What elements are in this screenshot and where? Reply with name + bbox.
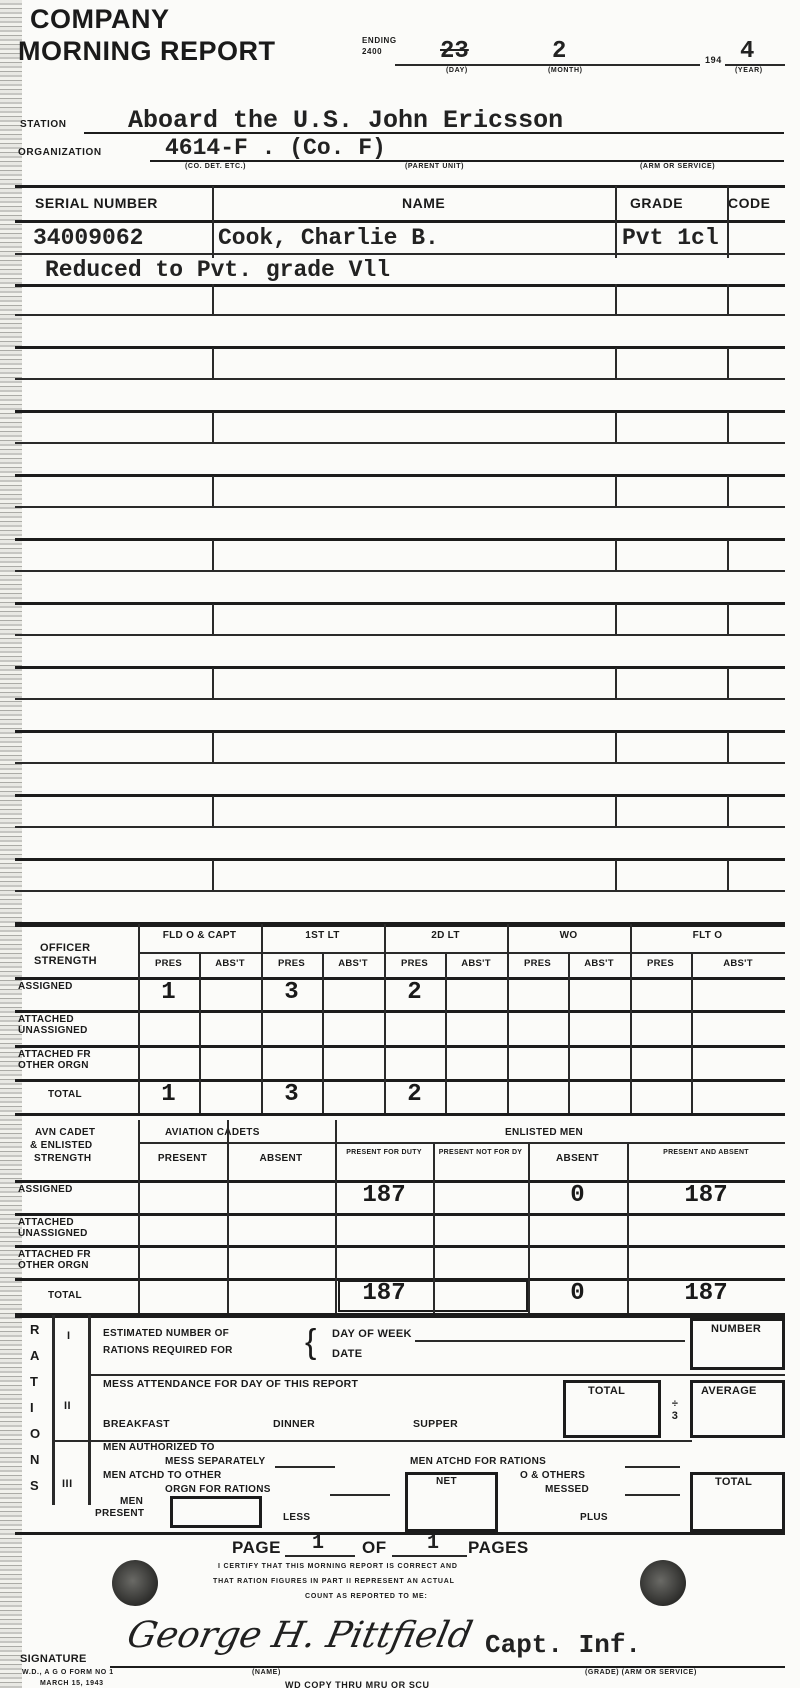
certify-line-3: COUNT AS REPORTED TO ME: [305,1593,428,1600]
rations-letter: N [30,1452,40,1467]
soldier-name[interactable]: Cook, Charlie B. [218,225,439,251]
enlisted-row-label: ATTACHED FR OTHER ORGN [18,1249,128,1271]
signer-grade-arm[interactable]: Capt. Inf. [485,1630,641,1660]
rations-letter: T [30,1374,38,1389]
officer-subcol-header: PRES [384,958,445,969]
officer-group-header: 1ST LT [261,930,384,941]
breakfast-label[interactable]: BREAKFAST [103,1418,170,1430]
day-of-week-label: DAY OF WEEK [332,1328,412,1340]
rations-letter: O [30,1426,41,1441]
average-box-label: AVERAGE [701,1385,757,1397]
enlisted-cell[interactable]: 187 [335,1182,433,1209]
officer-strength-label-2: STRENGTH [34,955,97,967]
officer-subcol-header: PRES [507,958,568,969]
part-iii-numeral: III [62,1478,73,1490]
enlisted-col-header: PRESENT NOT FOR DY [433,1148,528,1158]
rations-letter: A [30,1348,40,1363]
col-serial-number: SERIAL NUMBER [35,195,158,211]
number-box-label: NUMBER [711,1323,761,1335]
binder-hole-right [640,1560,686,1606]
rations-number-box[interactable]: NUMBER [690,1318,785,1370]
remark-line[interactable]: Reduced to Pvt. grade Vll [45,257,390,283]
certify-line-1: I CERTIFY THAT THIS MORNING REPORT IS CO… [218,1563,458,1570]
ending-time-label: 2400 [362,47,382,56]
caption-parent-unit: (PARENT UNIT) [405,163,464,170]
enlisted-label-2: & ENLISTED [30,1140,92,1151]
rations-letter: S [30,1478,39,1493]
officer-subcol-header: PRES [138,958,199,969]
caption-co: (CO. DET. ETC.) [185,163,246,170]
serial-number[interactable]: 34009062 [33,225,143,251]
men-present-label: MEN [120,1496,143,1507]
officer-subcol-header: ABS'T [199,958,261,969]
binder-hole-left [112,1560,158,1606]
col-name: NAME [402,195,445,211]
officer-row-label: ATTACHED UNASSIGNED [18,1014,128,1036]
men-present-box[interactable] [170,1496,262,1528]
year-caption: (YEAR) [735,67,763,74]
officer-cell[interactable]: 1 [138,979,199,1006]
officer-row-label: ASSIGNED [18,981,128,992]
date-label: DATE [332,1348,362,1360]
part-ii-numeral: II [64,1400,71,1412]
name-caption: (NAME) [252,1669,281,1676]
mess-separately-label: MESS SEPARATELY [165,1456,265,1467]
form-title-morning-report: MORNING REPORT [18,36,276,67]
rations-total-label: TOTAL [715,1476,752,1488]
day-caption: (DAY) [446,67,468,74]
total-box-label: TOTAL [588,1385,625,1397]
enlisted-col-header: PRESENT AND ABSENT [627,1148,785,1158]
aviation-cadets-header: AVIATION CADETS [165,1127,260,1138]
officer-group-header: FLT O [630,930,785,941]
officer-row-label: ATTACHED FR OTHER ORGN [18,1049,128,1071]
page-label: PAGE [232,1538,281,1558]
enlisted-label-3: STRENGTH [34,1153,91,1164]
grade-arm-caption: (GRADE) (ARM OR SERVICE) [585,1669,697,1676]
enlisted-men-header: ENLISTED MEN [505,1127,583,1138]
certify-line-2: THAT RATION FIGURES IN PART II REPRESENT… [213,1578,455,1585]
station-label: STATION [20,119,67,130]
enlisted-cell[interactable]: 187 [627,1280,785,1307]
enlisted-col-header: ABSENT [528,1154,627,1164]
brace-icon: { [305,1323,316,1362]
enlisted-row-label: TOTAL [48,1290,158,1301]
rations-total-box[interactable]: TOTAL [690,1472,785,1532]
enlisted-cell[interactable]: 0 [528,1182,627,1209]
station-value[interactable]: Aboard the U.S. John Ericsson [128,106,563,135]
officer-subcol-header: ABS'T [568,958,630,969]
enlisted-label-1: AVN CADET [35,1127,95,1138]
dinner-label[interactable]: DINNER [273,1418,315,1430]
enlisted-cell[interactable]: 187 [627,1182,785,1209]
caption-arm: (ARM OR SERVICE) [640,163,715,170]
enlisted-col-header: PRESENT FOR DUTY [335,1148,433,1158]
organization-value[interactable]: 4614-F . (Co. F) [165,135,386,161]
net-box[interactable]: NET [405,1472,498,1532]
enlisted-cell[interactable]: 0 [528,1280,627,1307]
officer-row-label: TOTAL [48,1089,82,1100]
form-title-company: COMPANY [30,4,170,35]
men-present-label-2: PRESENT [95,1508,144,1519]
form-number: W.D., A G O FORM NO 1 [22,1669,114,1676]
year-prefix: 194 [705,55,722,65]
officer-cell[interactable]: 3 [261,1081,322,1108]
rations-letter: R [30,1322,40,1337]
enlisted-row-label: ASSIGNED [18,1184,128,1195]
rations-required-label: RATIONS REQUIRED FOR [103,1345,233,1356]
officer-strength-label: OFFICER [40,942,90,954]
officer-cell[interactable]: 2 [384,979,445,1006]
messed-label: MESSED [545,1484,589,1495]
officer-subcol-header: ABS'T [691,958,785,969]
month-caption: (MONTH) [548,67,583,74]
soldier-grade[interactable]: Pvt 1cl [622,225,719,251]
officer-group-header: WO [507,930,630,941]
pages-total[interactable]: 1 [427,1532,439,1555]
ending-label: ENDING [362,36,397,45]
pages-label: PAGES [468,1538,529,1558]
rations-estimated-label: ESTIMATED NUMBER OF [103,1328,229,1339]
page-number[interactable]: 1 [312,1532,324,1555]
atchd-for-rations-label: MEN ATCHD FOR RATIONS [410,1456,546,1467]
plus-label: PLUS [580,1512,608,1523]
part-i-numeral: I [67,1330,71,1342]
divide-by-three: ÷ 3 [668,1398,682,1422]
of-label: OF [362,1538,387,1558]
officer-subcol-header: PRES [630,958,691,969]
enlisted-row-label: ATTACHED UNASSIGNED [18,1217,128,1239]
authorized-label: MEN AUTHORIZED TO [103,1442,215,1453]
mess-total-box[interactable]: TOTAL [563,1380,661,1438]
officer-cell[interactable]: 1 [138,1081,199,1108]
officer-subcol-header: ABS'T [322,958,384,969]
enlisted-col-header: ABSENT [227,1154,335,1164]
officer-cell[interactable]: 3 [261,979,322,1006]
officer-cell[interactable]: 2 [384,1081,445,1108]
col-grade: GRADE [630,195,683,211]
officer-group-header: 2D LT [384,930,507,941]
officer-subcol-header: PRES [261,958,322,969]
less-label: LESS [283,1512,310,1523]
atchd-other-label: MEN ATCHD TO OTHER [103,1470,222,1481]
mess-attendance-label: MESS ATTENDANCE FOR DAY OF THIS REPORT [103,1378,358,1390]
rations-letter: I [30,1400,34,1415]
form-date: MARCH 15, 1943 [40,1680,104,1687]
signature[interactable]: George H. Pittfield [124,1615,476,1656]
enlisted-col-header: PRESENT [138,1154,227,1164]
report-month[interactable]: 2 [552,38,566,65]
others-label: O & OTHERS [520,1470,585,1481]
net-box-label: NET [436,1476,457,1487]
average-box[interactable]: AVERAGE [690,1380,785,1438]
report-year[interactable]: 4 [740,38,754,65]
officer-subcol-header: ABS'T [445,958,507,969]
report-day[interactable]: 23 [440,38,469,65]
organization-label: ORGANIZATION [18,147,102,158]
supper-label[interactable]: SUPPER [413,1418,458,1430]
officer-group-header: FLD O & CAPT [138,930,261,941]
copy-note: WD COPY THRU MRU OR SCU [285,1680,430,1688]
signature-label: SIGNATURE [20,1653,87,1665]
orgn-rations-label: ORGN FOR RATIONS [165,1484,271,1495]
col-code: CODE [728,195,770,211]
